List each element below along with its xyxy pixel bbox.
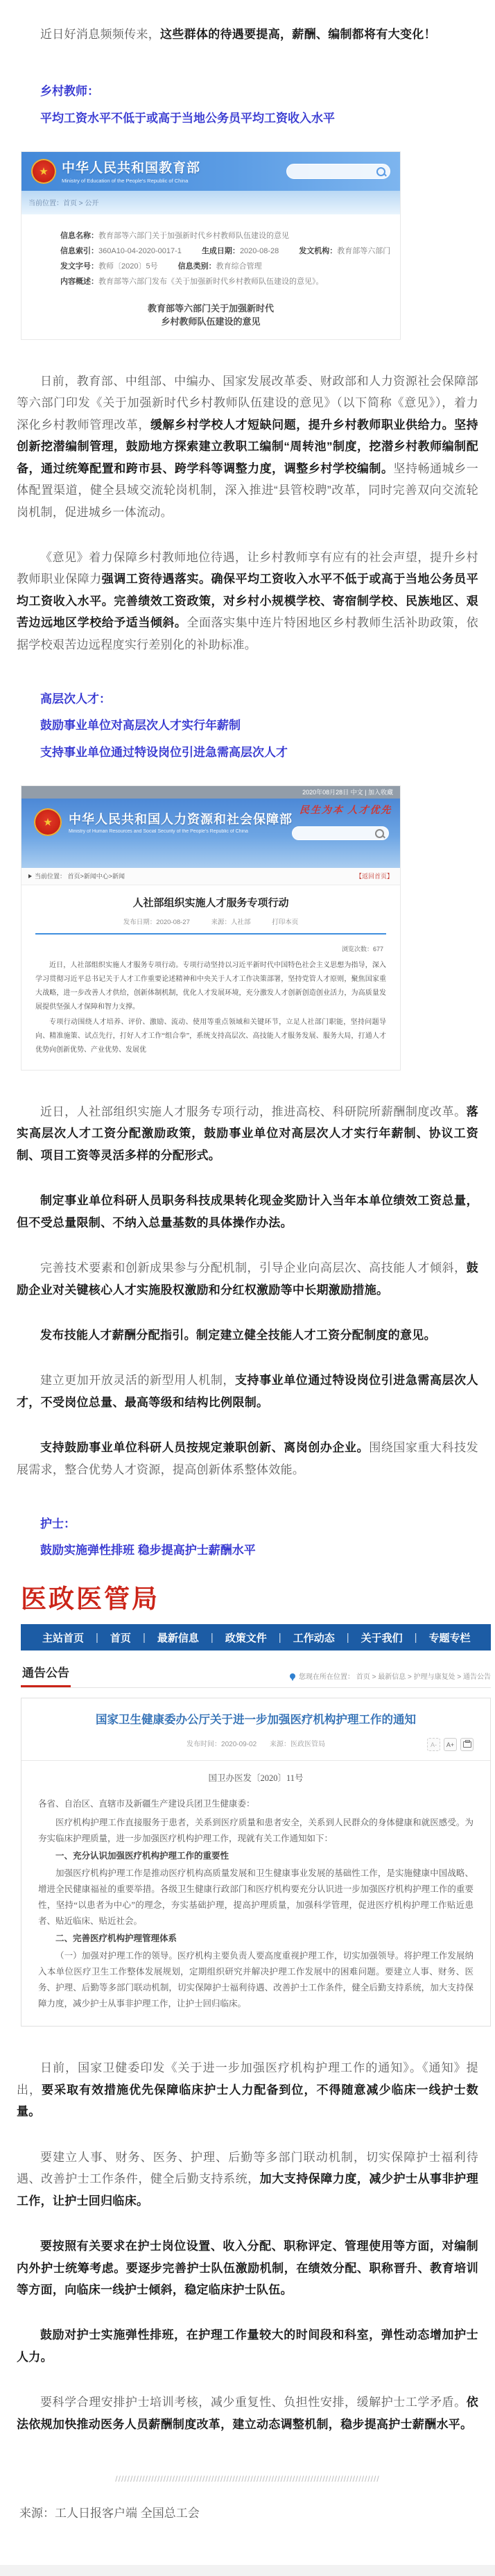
national-emblem-icon: ★ xyxy=(34,808,62,836)
mohrss-article-title: 人社部组织实施人才服务专项行动 xyxy=(35,895,386,910)
mohrss-website-screenshot: 2020年08月28日 中文 | 加入收藏 ★ 中华人民共和国人力资源和社会保障… xyxy=(21,785,401,1071)
nhc-notice-meta: 发布时间：2020-09-02 来源：医政医管局 A- A+ xyxy=(38,1738,474,1752)
breadcrumb[interactable]: 您现在所在位置： 首页 > 最新信息 > 护理与康复处 > 通告公告 xyxy=(290,1671,491,1687)
mohrss-paragraph: 近日，人社部组织实施人才服务专项行动。专项行动坚持以习近平新时代中国特色社会主义… xyxy=(35,959,386,1014)
article-source: 来源：医政医管局 xyxy=(270,1741,325,1748)
info-label: 内容概述： xyxy=(60,278,98,286)
mohrss-topbar: 2020年08月28日 中文 | 加入收藏 xyxy=(21,786,400,799)
body-paragraph: 近日，人社部组织实施人才服务专项行动，推进高校、科研院所薪酬制度改革。落实高层次… xyxy=(17,1101,478,1166)
source-attribution: 来源：工人日报客户端 全国总工会 xyxy=(19,2503,476,2520)
info-row: 发文字号：教师〔2020〕5号 信息类别：教育综合管理 xyxy=(60,259,400,274)
print-link[interactable]: 打印本页 xyxy=(272,919,298,926)
heading-line: 平均工资水平不低于或高于当地公务员平均工资收入水平 xyxy=(17,105,478,132)
nav-item[interactable]: 工作动态 xyxy=(281,1630,347,1645)
back-home-link[interactable]: 【返回首页】 xyxy=(356,871,393,880)
text-segment: 制定事业单位科研人员职务科技成果转化现金奖励计入当年本单位绩效工资总量，但不受总… xyxy=(17,1194,478,1229)
body-paragraph: 鼓励对护士实施弹性排班，在护理工作量较大的时间段和科室，弹性动态增加护士人力。 xyxy=(17,2324,478,2368)
body-paragraph: 要建立人事、财务、医务、护理、后勤等多部门联动机制，切实保障护士福利待遇、改善护… xyxy=(17,2147,478,2212)
body-paragraph: 完善技术要素和创新成果参与分配机制，引导企业向高层次、高技能人才倾斜，鼓励企业对… xyxy=(17,1257,478,1301)
text-segment: 要采取有效措施优先保障临床护士人力配备到位，不得随意减少临床一线护士数量。 xyxy=(17,2083,478,2118)
text-segment: 建立更加开放灵活的新型用人机制， xyxy=(40,1374,235,1387)
mohrss-site-name-en: Ministry of Human Resources and Social S… xyxy=(69,829,293,834)
location-pin-icon xyxy=(290,1673,295,1679)
moe-document-title: 教育部等六部门关于加强新时代 乡村教师队伍建设的意见 xyxy=(21,293,400,339)
heading-line: 高层次人才： xyxy=(17,686,478,713)
nhc-notice-box: 国家卫生健康委办公厅关于进一步加强医疗机构护理工作的通知 发布时间：2020-0… xyxy=(21,1698,491,2027)
text-segment: 要科学合理安排护士培训考核，减少重复性、负担性安排，缓解护士工学矛盾。 xyxy=(40,2396,467,2409)
info-value: 教师〔2020〕5号 xyxy=(98,262,158,271)
info-label: 发文字号： xyxy=(60,262,98,271)
heading-line: 鼓励实施弹性排班 稳步提高护士薪酬水平 xyxy=(17,1537,478,1564)
text-segment: 这些群体的待遇要提高，薪酬、编制都将有大变化！ xyxy=(160,28,436,41)
info-value: 教育部等六部门发布《关于加强新时代乡村教师队伍建设的意见》。 xyxy=(98,278,324,286)
text-segment: 鼓励对护士实施弹性排班，在护理工作量较大的时间段和科室，弹性动态增加护士人力。 xyxy=(17,2328,478,2363)
slash-divider: ////////////////////////////////////////… xyxy=(21,2474,474,2484)
body-paragraph: 制定事业单位科研人员职务科技成果转化现金奖励计入当年本单位绩效工资总量，但不受总… xyxy=(17,1190,478,1234)
text-segment: 完善技术要素和创新成果参与分配机制，引导企业向高层次、高技能人才倾斜， xyxy=(40,1261,467,1274)
doc-paragraph: （一）加强对护理工作的领导。医疗机构主要负责人要高度重视护理工作，切实加强领导。… xyxy=(38,1948,474,2012)
national-emblem-icon: ★ xyxy=(31,159,56,184)
nav-item[interactable]: 关于我们 xyxy=(349,1630,415,1645)
search-icon xyxy=(375,829,384,838)
body-paragraph: 要按照有关要求在护士岗位设置、收入分配、职称评定、管理使用等方面，对编制内外护士… xyxy=(17,2235,478,2301)
doc-heading: 二、完善医疗机构护理管理体系 xyxy=(38,1931,474,1947)
text-segment: 支持鼓励事业单位科研人员按规定兼职创新、离岗创办企业。 xyxy=(40,1441,369,1454)
publish-date: 发布日期：2020-08-27 xyxy=(123,919,190,926)
doc-heading: 一、充分认识加强医疗机构护理工作的重要性 xyxy=(38,1848,474,1864)
info-row: 信息名称：教育部等六部门关于加强新时代乡村教师队伍建设的意见 xyxy=(60,228,400,244)
font-decrease-button[interactable]: A- xyxy=(427,1738,440,1751)
view-count: 浏览次数：677 xyxy=(38,944,383,953)
footer-band xyxy=(0,2565,495,2576)
nav-item[interactable]: 最新信息 xyxy=(146,1630,211,1645)
heading-line: 护士： xyxy=(17,1511,478,1537)
text-segment: 近日，人社部组织实施人才服务专项行动，推进高校、科研院所薪酬制度改革。 xyxy=(40,1105,467,1118)
divider-line xyxy=(21,1760,490,1761)
text-segment: 要按照有关要求在护士岗位设置、收入分配、职称评定、管理使用等方面，对编制内外护士… xyxy=(17,2240,478,2296)
info-label: 信息类别： xyxy=(178,262,216,271)
mohrss-slogan: 民生为本 人才优先 xyxy=(299,803,392,817)
text-segment: 发布技能人才薪酬分配指引。制定建立健全技能人才工资分配制度的意见。 xyxy=(40,1329,436,1342)
article-source: 来源：人社部 xyxy=(211,919,251,926)
moe-website-screenshot: ★ 中华人民共和国教育部 Ministry of Education of th… xyxy=(21,151,401,340)
nhc-notice-title: 国家卫生健康委办公厅关于进一步加强医疗机构护理工作的通知 xyxy=(38,1712,474,1728)
body-paragraph: 建立更加开放灵活的新型用人机制，支持事业单位通过特设岗位引进急需高层次人才，不受… xyxy=(17,1370,478,1413)
doc-title-line: 乡村教师队伍建设的意见 xyxy=(21,315,400,328)
info-value: 教育部等六部门关于加强新时代乡村教师队伍建设的意见 xyxy=(98,232,289,240)
doc-paragraph: 加强医疗机构护理工作是推动医疗机构高质量发展和卫生健康事业发展的基础性工作，是实… xyxy=(38,1866,474,1929)
search-input[interactable] xyxy=(286,164,390,179)
body-paragraph: 支持鼓励事业单位科研人员按规定兼职创新、离岗创办企业。围绕国家重大科技发展需求，… xyxy=(17,1437,478,1481)
nhc-section-row: 通告公告 您现在所在位置： 首页 > 最新信息 > 护理与康复处 > 通告公告 xyxy=(21,1663,491,1688)
printer-icon xyxy=(463,1741,471,1748)
nhc-document: 国卫办医发〔2020〕11号 各省、自治区、直辖市及新疆生产建设兵团卫生健康委：… xyxy=(38,1771,474,2012)
moe-site-header: ★ 中华人民共和国教育部 Ministry of Education of th… xyxy=(21,152,400,191)
nhc-site-logo: 医政医管局 xyxy=(21,1585,491,1614)
heading-high-level-talent: 高层次人才：鼓励事业单位对高层次人才实行年薪制支持事业单位通过特设岗位引进急需高… xyxy=(17,686,478,766)
breadcrumb[interactable]: 当前位置： 首页>新闻中心>新闻 xyxy=(28,871,125,880)
mohrss-site-header: ★ 中华人民共和国人力资源和社会保障部 Ministry of Human Re… xyxy=(21,799,400,868)
search-input[interactable] xyxy=(292,826,389,840)
nav-item[interactable]: 政策文件 xyxy=(214,1630,279,1645)
heading-line: 乡村教师： xyxy=(17,78,478,105)
moe-site-name-en: Ministry of Education of the People's Re… xyxy=(62,178,200,184)
moe-site-name-cn: 中华人民共和国教育部 xyxy=(62,157,200,176)
divider-line xyxy=(35,933,386,935)
nav-item[interactable]: 首页 xyxy=(98,1630,143,1645)
text-segment: 近日好消息频频传来， xyxy=(40,28,160,41)
breadcrumb[interactable]: 当前位置：首页 > 公开 xyxy=(21,197,98,207)
info-label: 生成日期： xyxy=(202,247,240,255)
moe-site-logo: 中华人民共和国教育部 Ministry of Education of the … xyxy=(62,157,200,184)
nhc-website-screenshot: 医政医管局 主站首页|首页|最新信息|政策文件|工作动态|关于我们|专题专栏 通… xyxy=(21,1585,491,2027)
nav-item[interactable]: 专题专栏 xyxy=(417,1630,483,1645)
body-paragraph: 《意见》着力保障乡村教师地位待遇，让乡村教师享有应有的社会声望，提升乡村教师职业… xyxy=(17,547,478,656)
doc-title-line: 教育部等六部门关于加强新时代 xyxy=(21,302,400,315)
info-value: 360A10-04-2020-0017-1 xyxy=(98,247,182,255)
intro-paragraph: 近日好消息频频传来，这些群体的待遇要提高，薪酬、编制都将有大变化！ xyxy=(17,24,478,45)
toolbar: A- A+ xyxy=(427,1738,474,1751)
mohrss-article-meta: 发布日期：2020-08-27 来源：人社部 打印本页 xyxy=(35,916,386,926)
font-increase-button[interactable]: A+ xyxy=(444,1738,457,1751)
doc-number: 国卫办医发〔2020〕11号 xyxy=(38,1771,474,1786)
info-value: 教育综合管理 xyxy=(216,262,262,271)
nhc-nav-bar: 主站首页|首页|最新信息|政策文件|工作动态|关于我们|专题专栏 xyxy=(21,1624,491,1650)
moe-info-table: 信息名称：教育部等六部门关于加强新时代乡村教师队伍建设的意见 信息索引：360A… xyxy=(21,214,400,293)
mohrss-breadcrumb-row: 当前位置： 首页>新闻中心>新闻 【返回首页】 xyxy=(21,868,400,885)
publish-time: 发布时间：2020-09-02 xyxy=(186,1741,257,1748)
body-paragraph: 日前，教育部、中组部、中编办、国家发展改革委、财政部和人力资源社会保障部等六部门… xyxy=(17,370,478,523)
info-row: 信息索引：360A10-04-2020-0017-1 生成日期：2020-08-… xyxy=(60,244,400,259)
doc-salutation: 各省、自治区、直辖市及新疆生产建设兵团卫生健康委： xyxy=(38,1796,474,1812)
heading-nurses: 护士：鼓励实施弹性排班 稳步提高护士薪酬水平 xyxy=(17,1511,478,1564)
body-paragraph: 发布技能人才薪酬分配指引。制定建立健全技能人才工资分配制度的意见。 xyxy=(17,1324,478,1346)
section-tab-notices[interactable]: 通告公告 xyxy=(21,1663,71,1687)
mohrss-article: 人社部组织实施人才服务专项行动 发布日期：2020-08-27 来源：人社部 打… xyxy=(21,885,400,1070)
article-body: 近日好消息频频传来，这些群体的待遇要提高，薪酬、编制都将有大变化！ 乡村教师：平… xyxy=(0,0,495,2520)
body-paragraph: 日前，国家卫健委印发《关于进一步加强医疗机构护理工作的通知》。《通知》提出，要采… xyxy=(17,2057,478,2122)
nav-item[interactable]: 主站首页 xyxy=(31,1630,96,1645)
heading-rural-teachers: 乡村教师：平均工资水平不低于或高于当地公务员平均工资收入水平 xyxy=(17,78,478,132)
info-label: 信息名称： xyxy=(60,232,98,240)
info-row: 内容概述：教育部等六部门发布《关于加强新时代乡村教师队伍建设的意见》。 xyxy=(60,274,400,289)
moe-banner: 当前位置：首页 > 公开 xyxy=(21,191,400,214)
heading-line: 支持事业单位通过特设岗位引进急需高层次人才 xyxy=(17,740,478,766)
doc-paragraph: 医疗机构护理工作直接服务于患者，关系到医疗质量和患者安全，关系到人民群众的身体健… xyxy=(38,1815,474,1847)
body-paragraph: 要科学合理安排护士培训考核，减少重复性、负担性安排，缓解护士工学矛盾。依法依规加… xyxy=(17,2391,478,2435)
info-value: 2020-08-28 xyxy=(240,247,279,255)
print-button[interactable] xyxy=(460,1738,474,1751)
arrow-icon xyxy=(28,874,32,878)
search-icon xyxy=(376,167,385,176)
info-label: 发文机构： xyxy=(299,247,337,255)
heading-line: 鼓励事业单位对高层次人才实行年薪制 xyxy=(17,713,478,739)
info-label: 信息索引： xyxy=(60,247,98,255)
mohrss-paragraph: 专项行动围绕人才培养、评价、激励、流动、使用等重点领域和关键环节，立足人社部门职… xyxy=(35,1016,386,1057)
info-value: 教育部等六部门 xyxy=(337,247,390,255)
mohrss-site-logo: 中华人民共和国人力资源和社会保障部 Ministry of Human Reso… xyxy=(69,810,293,834)
mohrss-site-name-cn: 中华人民共和国人力资源和社会保障部 xyxy=(69,810,293,828)
